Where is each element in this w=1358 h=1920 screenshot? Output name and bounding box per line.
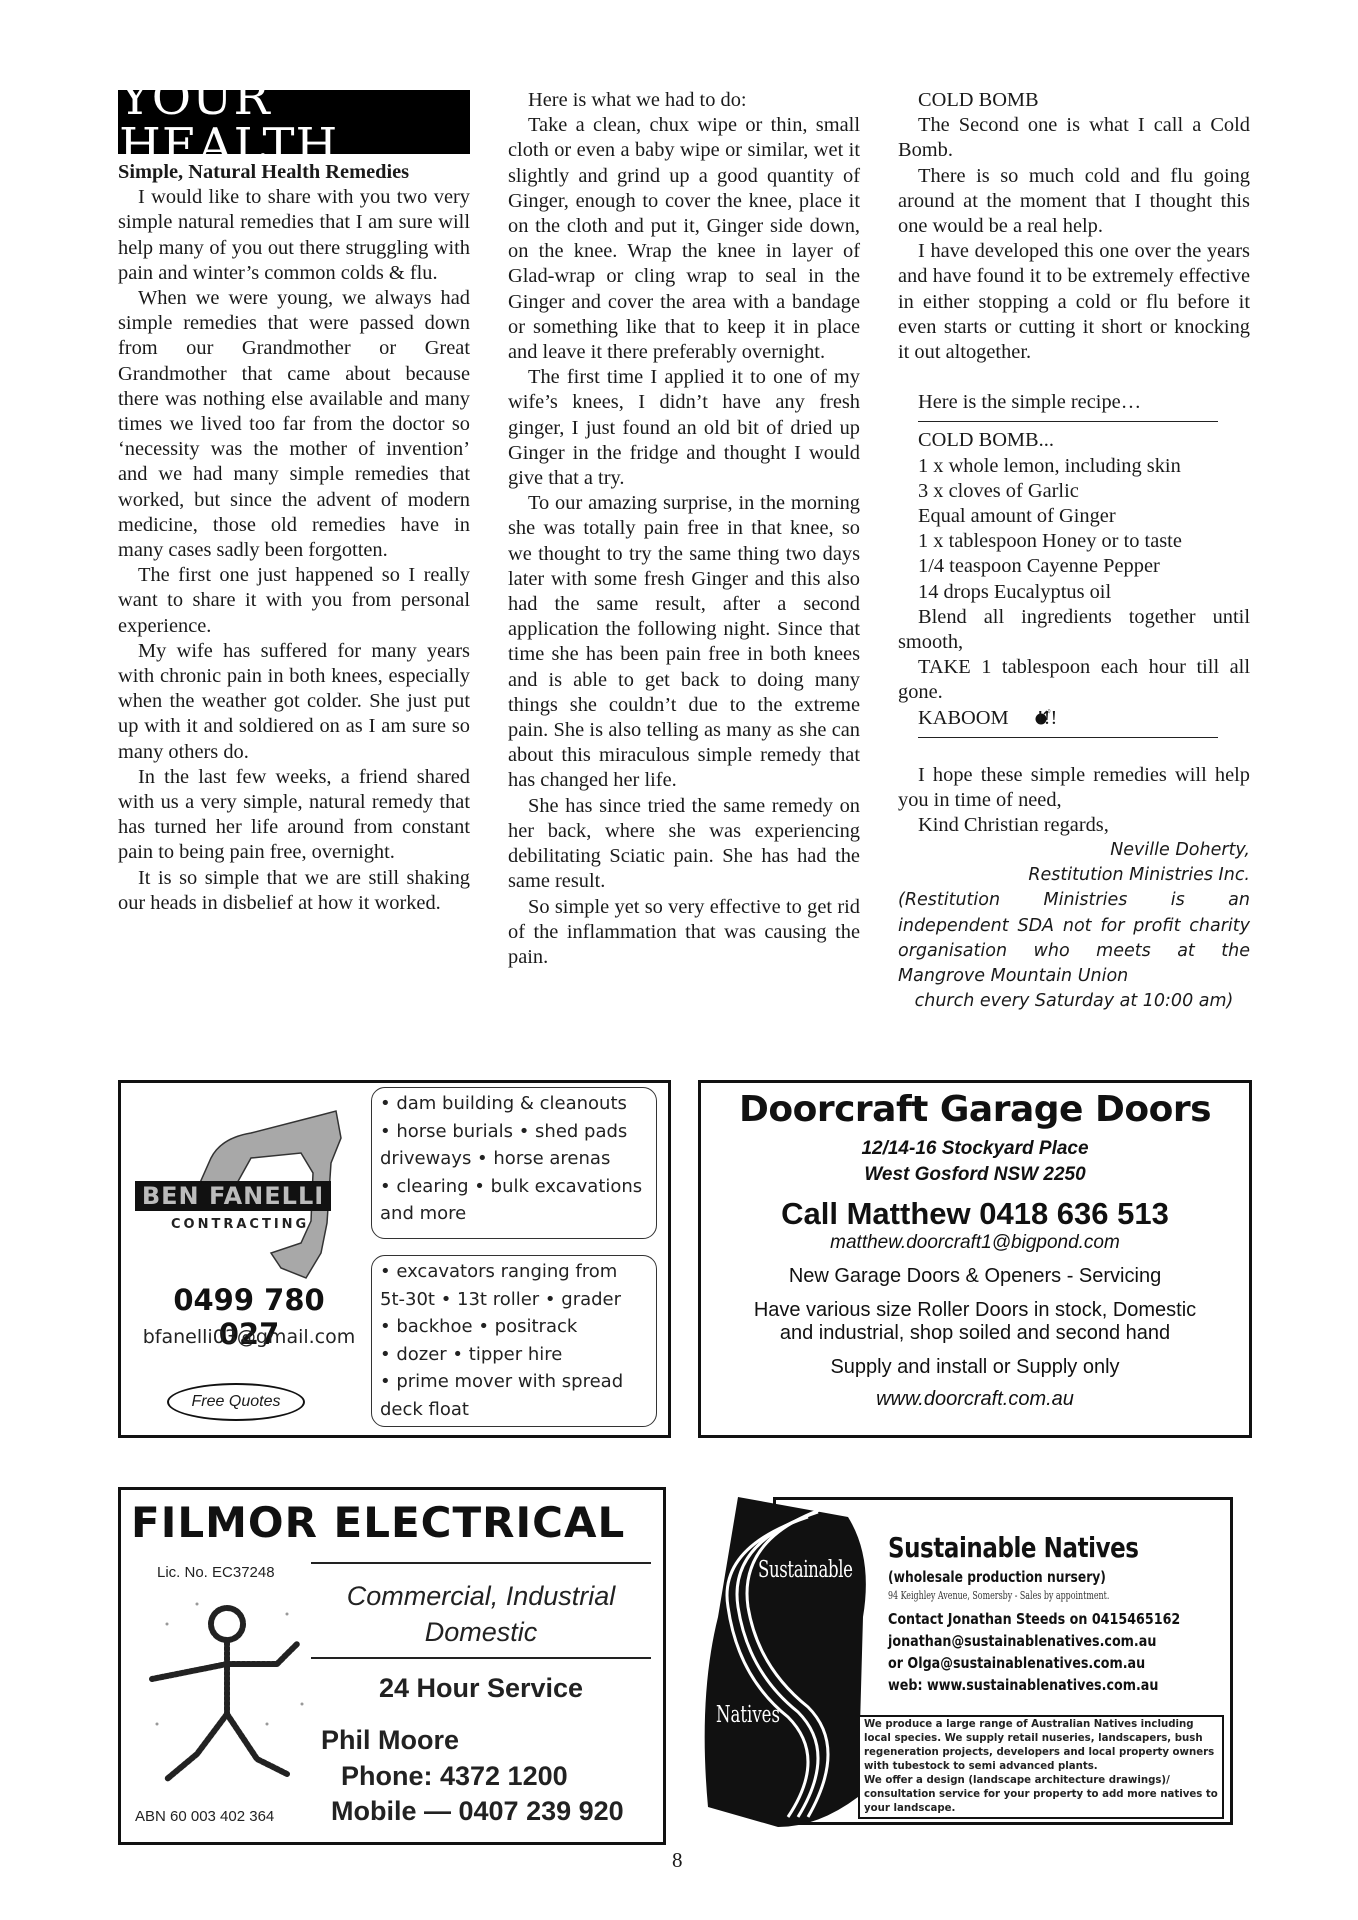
article-column-2: Here is what we had to do: Take a clean,… xyxy=(508,88,860,970)
paragraph: There is so much cold and flu going arou… xyxy=(898,164,1250,240)
license-number: Lic. No. EC37248 xyxy=(157,1564,275,1581)
email-1: jonathan@sustainablenatives.com.au xyxy=(888,1630,1180,1652)
website: web: www.sustainablenatives.com.au xyxy=(888,1674,1180,1696)
ad-subtitle: (wholesale production nursery) xyxy=(888,1568,1180,1586)
ingredient: 1 x whole lemon, including skin xyxy=(898,454,1250,479)
ad-details: Sustainable Natives (wholesale productio… xyxy=(888,1531,1244,1696)
description-2: We offer a design (landscape architectur… xyxy=(864,1774,1218,1816)
description-1: We produce a large range of Australian N… xyxy=(864,1718,1218,1774)
logo-text-bottom: Natives xyxy=(716,1702,780,1728)
sustainable-natives-logo-icon xyxy=(698,1497,868,1827)
description-box: We produce a large range of Australian N… xyxy=(858,1715,1224,1819)
ad-title: FILMOR ELECTRICAL xyxy=(131,1498,625,1547)
kaboom-suffix: !!! xyxy=(1037,707,1057,729)
website: www.doorcraft.com.au xyxy=(701,1388,1249,1411)
paragraph: I have developed this one over the years… xyxy=(898,239,1250,365)
organisation-note: (Restitution Ministries is an independen… xyxy=(898,888,1250,989)
divider xyxy=(311,1562,651,1564)
paragraph: My wife has suffered for many years with… xyxy=(118,639,470,765)
sectors-line-2: Domestic xyxy=(311,1614,651,1650)
paragraph: It is so simple that we are still shakin… xyxy=(118,866,470,916)
address-line-1: 12/14-16 Stockyard Place xyxy=(701,1136,1249,1162)
service-line: and more xyxy=(380,1200,648,1228)
services-box-2: • excavators ranging from 5t-30t • 13t r… xyxy=(371,1255,657,1427)
bomb-icon xyxy=(1014,707,1032,723)
article-column-1: YOUR HEALTH Simple, Natural Health Remed… xyxy=(118,90,470,916)
stock-line: Have various size Roller Doors in stock,… xyxy=(701,1299,1249,1345)
organisation-note-last: church every Saturday at 10:00 am) xyxy=(898,989,1250,1014)
address: 94 Keighley Avenue, Somersby - Sales by … xyxy=(888,1589,1145,1602)
service-line: • excavators ranging from xyxy=(380,1258,648,1286)
service-line: • dam building & cleanouts xyxy=(380,1090,648,1118)
contact-name: Phil Moore xyxy=(321,1725,459,1756)
address-line-2: West Gosford NSW 2250 xyxy=(701,1162,1249,1188)
sectors: Commercial, Industrial Domestic xyxy=(311,1578,651,1650)
divider xyxy=(918,421,1218,422)
ad-filmor-electrical: FILMOR ELECTRICAL Lic. No. EC37248 Comme… xyxy=(118,1487,666,1845)
supply-line: Supply and install or Supply only xyxy=(701,1356,1249,1379)
ingredient: 3 x cloves of Garlic xyxy=(898,479,1250,504)
email-address: matthew.doorcraft1@bigpond.com xyxy=(701,1232,1249,1254)
paragraph: To our amazing surprise, in the morning … xyxy=(508,491,860,793)
sectors-line-1: Commercial, Industrial xyxy=(311,1578,651,1614)
phone-call: Call Matthew 0418 636 513 xyxy=(701,1196,1249,1232)
free-quotes-badge: Free Quotes xyxy=(167,1383,305,1421)
service-line: • dozer • tipper hire xyxy=(380,1341,648,1369)
kaboom-line: KABOOM !!! xyxy=(898,706,1250,731)
abn-number: ABN 60 003 402 364 xyxy=(135,1808,274,1825)
instruction: Blend all ingredients together until smo… xyxy=(898,605,1250,655)
ingredient: Equal amount of Ginger xyxy=(898,504,1250,529)
stock-line-1: Have various size Roller Doors in stock,… xyxy=(701,1299,1249,1322)
service-line: • clearing • bulk excavations xyxy=(380,1173,648,1201)
paragraph: Take a clean, chux wipe or thin, small c… xyxy=(508,113,860,365)
electrified-skeleton-icon xyxy=(137,1584,317,1804)
paragraph: The Second one is what I call a Cold Bom… xyxy=(898,113,1250,163)
author-name: Neville Doherty, xyxy=(898,838,1250,863)
paragraph: Here is what we had to do: xyxy=(508,88,860,113)
service-line: • backhoe • positrack xyxy=(380,1313,648,1341)
paragraph: In the last few weeks, a friend shared w… xyxy=(118,765,470,866)
ad-doorcraft: Doorcraft Garage Doors 12/14-16 Stockyar… xyxy=(698,1080,1252,1438)
ad-ben-fanelli: BEN FANELLI CONTRACTING 0499 780 027 bfa… xyxy=(118,1080,671,1438)
address: 12/14-16 Stockyard Place West Gosford NS… xyxy=(701,1136,1249,1188)
ingredient: 1 x tablespoon Honey or to taste xyxy=(898,529,1250,554)
service-line: deck float xyxy=(380,1396,648,1424)
paragraph: So simple yet so very effective to get r… xyxy=(508,895,860,971)
regards: Kind Christian regards, xyxy=(898,813,1250,838)
logo-name: BEN FANELLI xyxy=(135,1181,331,1211)
logo-text-top: Sustainable xyxy=(758,1557,853,1583)
divider xyxy=(918,737,1218,738)
paragraph: The first one just happened so I really … xyxy=(118,563,470,639)
logo-subtitle: CONTRACTING xyxy=(171,1217,309,1232)
paragraph: The first time I applied it to one of my… xyxy=(508,365,860,491)
phone-number: Phone: 4372 1200 xyxy=(341,1761,568,1792)
service-hours: 24 Hour Service xyxy=(311,1673,651,1704)
ad-title: Doorcraft Garage Doors xyxy=(701,1089,1249,1130)
service-line: • horse burials • shed pads xyxy=(380,1118,648,1146)
service-line: • prime mover with spread xyxy=(380,1368,648,1396)
paragraph: When we were young, we always had simple… xyxy=(118,286,470,563)
recipe-title: COLD BOMB... xyxy=(898,428,1250,453)
ingredient: 14 drops Eucalyptus oil xyxy=(898,580,1250,605)
paragraph: I would like to share with you two very … xyxy=(118,185,470,286)
instruction: TAKE 1 tablespoon each hour till all gon… xyxy=(898,655,1250,705)
stock-line-2: and industrial, shop soiled and second h… xyxy=(701,1322,1249,1345)
service-line: driveways • horse arenas xyxy=(380,1145,648,1173)
email-2: or Olga@sustainablenatives.com.au xyxy=(888,1652,1180,1674)
section-title: YOUR HEALTH xyxy=(118,90,470,154)
cold-bomb-heading: COLD BOMB xyxy=(898,88,1250,113)
mobile-number: Mobile — 0407 239 920 xyxy=(331,1796,624,1827)
closing: I hope these simple remedies will help y… xyxy=(898,763,1250,813)
kaboom-text: KABOOM xyxy=(918,707,1009,729)
page-number: 8 xyxy=(672,1848,683,1873)
recipe-intro: Here is the simple recipe… xyxy=(898,390,1250,415)
ad-title: Sustainable Natives xyxy=(888,1531,1180,1564)
ad-sustainable-natives: Sustainable Natives Sustainable Natives … xyxy=(698,1497,1234,1827)
services-line: New Garage Doors & Openers - Servicing xyxy=(701,1265,1249,1288)
services-box-1: • dam building & cleanouts • horse buria… xyxy=(371,1087,657,1239)
contact-line: Contact Jonathan Steeds on 0415465162 xyxy=(888,1608,1180,1630)
ingredient: 1/4 teaspoon Cayenne Pepper xyxy=(898,554,1250,579)
email-address: bfanelli03@gmail.com xyxy=(129,1326,369,1348)
divider xyxy=(311,1657,651,1659)
paragraph: She has since tried the same remedy on h… xyxy=(508,794,860,895)
article-column-3: COLD BOMB The Second one is what I call … xyxy=(898,88,1250,1015)
service-line: 5t-30t • 13t roller • grader xyxy=(380,1286,648,1314)
organisation-name: Restitution Ministries Inc. xyxy=(898,863,1250,888)
